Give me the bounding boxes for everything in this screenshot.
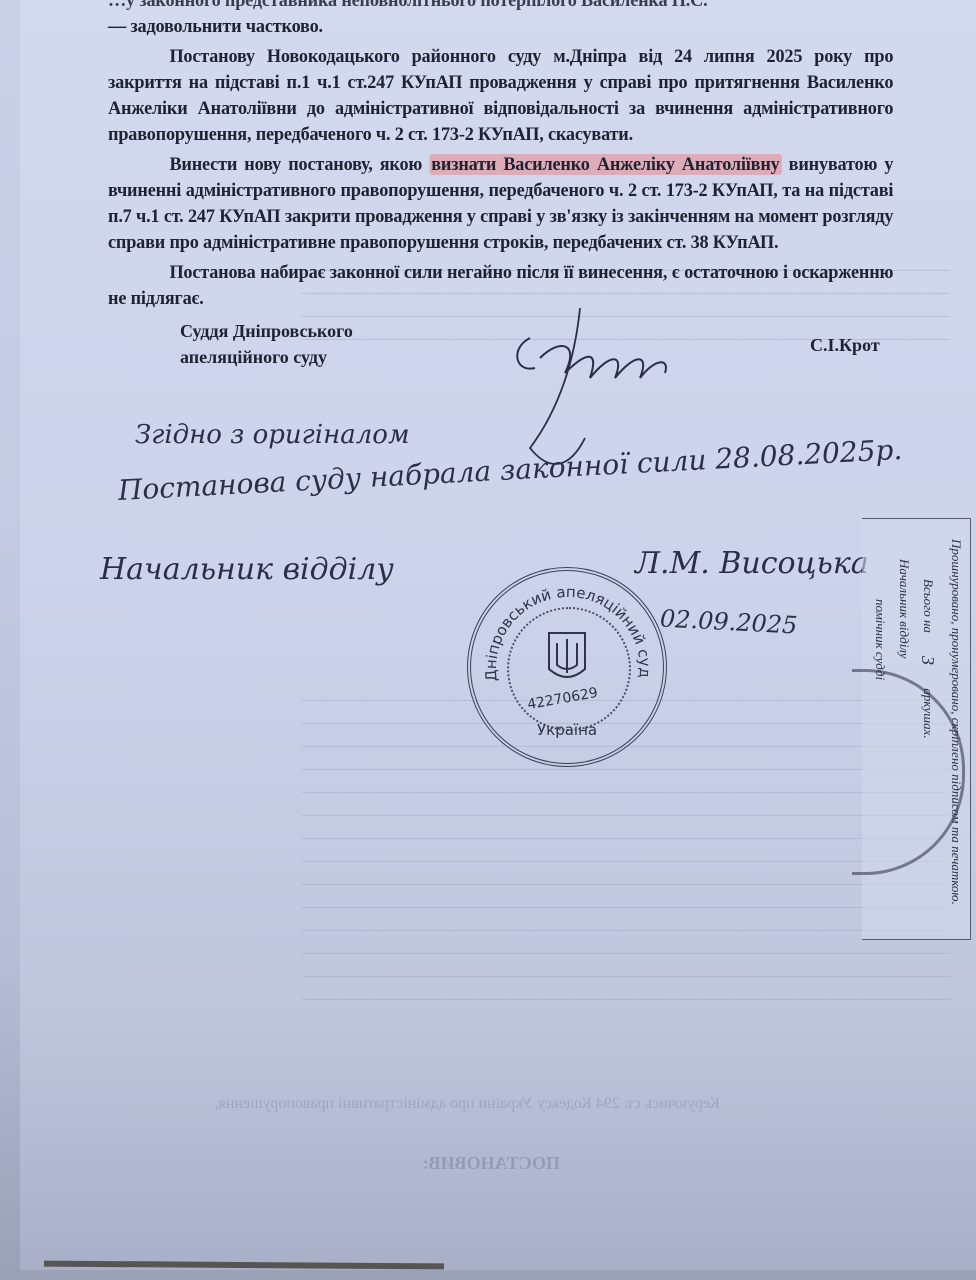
- seal-country: Україна: [537, 721, 597, 739]
- document-page: ────────────────────────────────────────…: [20, 0, 976, 1270]
- handwritten-official-name: Л.М. Висоцька: [635, 546, 869, 581]
- trident-icon: [545, 629, 589, 687]
- handwritten-certified-copy: Згідно з оригіналом: [135, 420, 410, 450]
- page-edge: [44, 1261, 444, 1270]
- court-seal: Дніпровський апеляційний суд 42270629 Ук…: [467, 567, 667, 767]
- paragraph-cancel: Постанову Новокодацького районного суду …: [108, 44, 893, 148]
- binding-stamp-role: Начальник відділу: [896, 559, 912, 659]
- decision-text: …у законного представника неповнолітньог…: [108, 0, 893, 312]
- text-segment: Винести нову постанову, якою: [169, 154, 429, 175]
- highlighted-text: визнати Василенко Анжеліку Анатоліївну: [429, 154, 781, 175]
- bleed-through-heading: ПОСТАНОВИВ:: [400, 1152, 560, 1175]
- top-cut-line: …у законного представника неповнолітньог…: [108, 0, 893, 14]
- paragraph-satisfy: — задовольнити частково.: [108, 14, 893, 40]
- bleed-through-line: Керуючись ст. 294 Кодексу України про ад…: [200, 1092, 720, 1115]
- sheets-prefix: Всього на: [921, 579, 936, 633]
- binding-stamp-assistant: помічник судді: [872, 599, 888, 680]
- handwritten-date: 02.09.2025: [659, 604, 798, 639]
- binding-stamp: Прошнуровано, пронумеровано, скріплено п…: [862, 518, 971, 940]
- sheets-count: 3: [918, 636, 938, 685]
- paragraph-new-decision: Винести нову постанову, якою визнати Вас…: [108, 152, 893, 256]
- judge-name: С.І.Крот: [810, 332, 880, 358]
- handwritten-head-of-department: Начальник відділу: [100, 552, 394, 587]
